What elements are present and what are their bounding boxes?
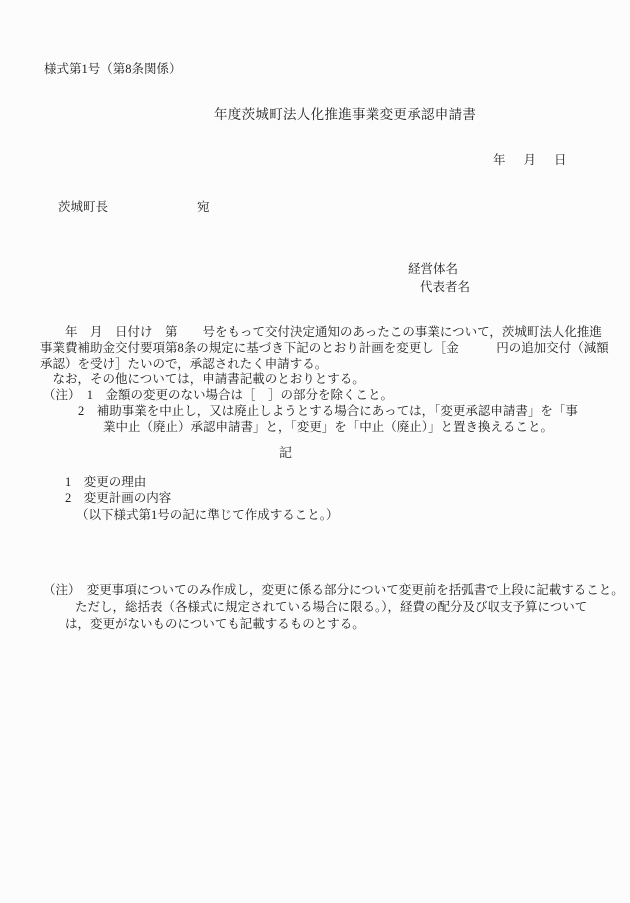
body-line: 年 月 日付け 第 号をもって交付決定通知のあったこの事業について，茨城町法人化… [40,325,602,339]
date-day-label: 日 [554,153,567,167]
page-title: 年度茨城町法人化推進事業変更承認申請書 [214,108,476,122]
form-number: 様式第1号（第8条関係） [44,62,182,76]
note-top-line: 2 補助事業を中止し，又は廃止しようとする場合にあっては，「変更承認申請書」を「… [78,404,578,418]
applicant-representative-label: 代表者名 [420,280,470,294]
note-bottom-line: （注） 変更事項についてのみ作成し，変更に係る部分について変更前を括弧書で上段に… [43,583,624,597]
body-line: 承認）を受け］たいので，承認されたく申請する。 [40,357,327,371]
list-item-note: （以下様式第1号の記に準じて作成すること。） [76,508,339,522]
note-top-line: （注） 1 金額の変更のない場合は［ ］の部分を除くこと。 [43,388,393,402]
note-bottom-line: ただし，総括表（各様式に規定されている場合に限る。），経費の配分及び収支予算につ… [75,600,587,614]
list-item: 2 変更計画の内容 [65,491,171,505]
document-page: 様式第1号（第8条関係） 年度茨城町法人化推進事業変更承認申請書 年 月 日 茨… [0,0,630,903]
date-line: 年 月 日 [493,153,567,167]
date-year-label: 年 [493,153,506,167]
applicant-org-label: 経営体名 [408,262,458,276]
note-top-line: 業中止（廃止）承認申請書」と，「変更」を「中止（廃止）」と置き換えること。 [103,420,553,434]
addressee-name: 茨城町長 [58,200,108,214]
note-bottom-line: は，変更がないものについても記載するものとする。 [65,617,365,631]
body-line: 事業費補助金交付要項第8条の規定に基づき下記のとおり計画を変更し［金 円の追加交… [40,341,609,355]
body-line: なお，その他については，申請書記載のとおりとする。 [40,372,365,386]
addressee-suffix: 宛 [197,200,210,214]
list-item: 1 変更の理由 [65,475,146,489]
section-heading-ki: 記 [279,446,292,460]
date-month-label: 月 [524,153,537,167]
